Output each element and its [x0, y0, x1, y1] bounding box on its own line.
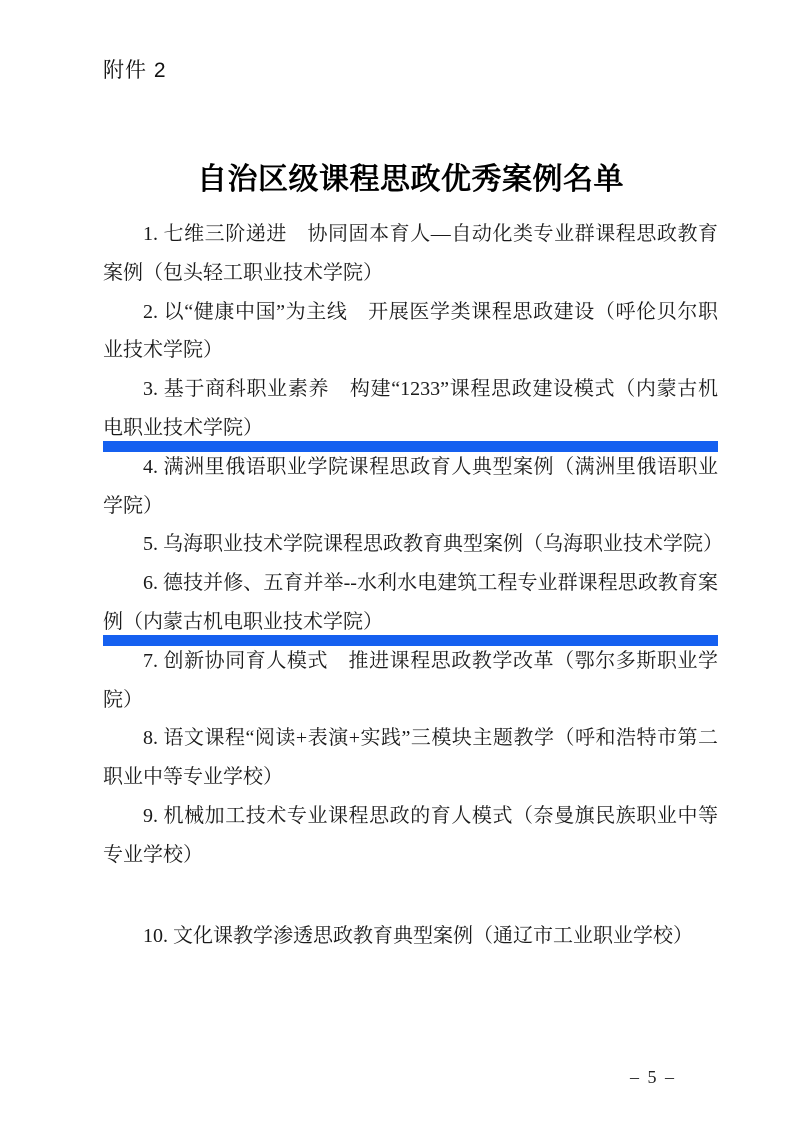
case-list: 1. 七维三阶递进 协同固本育人—自动化类专业群课程思政教育案例（包头轻工职业技…	[103, 215, 718, 955]
list-item: 6. 德技并修、五育并举--水利水电建筑工程专业群课程思政教育案例（内蒙古机电职…	[103, 564, 718, 642]
list-item: 1. 七维三阶递进 协同固本育人—自动化类专业群课程思政教育案例（包头轻工职业技…	[103, 215, 718, 293]
page-title: 自治区级课程思政优秀案例名单	[103, 154, 718, 198]
list-item-text: 3. 基于商科职业素养 构建“1233”课程思政建设模式（内蒙古机电职业技术学院…	[103, 378, 718, 439]
list-item: 8. 语文课程“阅读+表演+实践”三模块主题教学（呼和浩特市第二职业中等专业学校…	[103, 719, 718, 797]
list-item: 7. 创新协同育人模式 推进课程思政教学改革（鄂尔多斯职业学院）	[103, 642, 718, 720]
page-number: – 5 –	[630, 1067, 676, 1088]
list-item: 4. 满洲里俄语职业学院课程思政育人典型案例（满洲里俄语职业学院）	[103, 448, 718, 526]
list-item: 2. 以“健康中国”为主线 开展医学类课程思政建设（呼伦贝尔职业技术学院）	[103, 293, 718, 371]
list-item: 9. 机械加工技术专业课程思政的育人模式（奈曼旗民族职业中等专业学校）	[103, 797, 718, 875]
list-item: 5. 乌海职业技术学院课程思政教育典型案例（乌海职业技术学院）	[103, 525, 718, 564]
document-page: 附件 2 自治区级课程思政优秀案例名单 1. 七维三阶递进 协同固本育人—自动化…	[0, 0, 800, 1131]
list-item: 3. 基于商科职业素养 构建“1233”课程思政建设模式（内蒙古机电职业技术学院…	[103, 370, 718, 448]
attachment-label: 附件 2	[103, 54, 167, 84]
list-item-text: 6. 德技并修、五育并举--水利水电建筑工程专业群课程思政教育案例（内蒙古机电职…	[103, 572, 718, 633]
list-item: 10. 文化课教学渗透思政教育典型案例（通辽市工业职业学校）	[103, 917, 718, 956]
